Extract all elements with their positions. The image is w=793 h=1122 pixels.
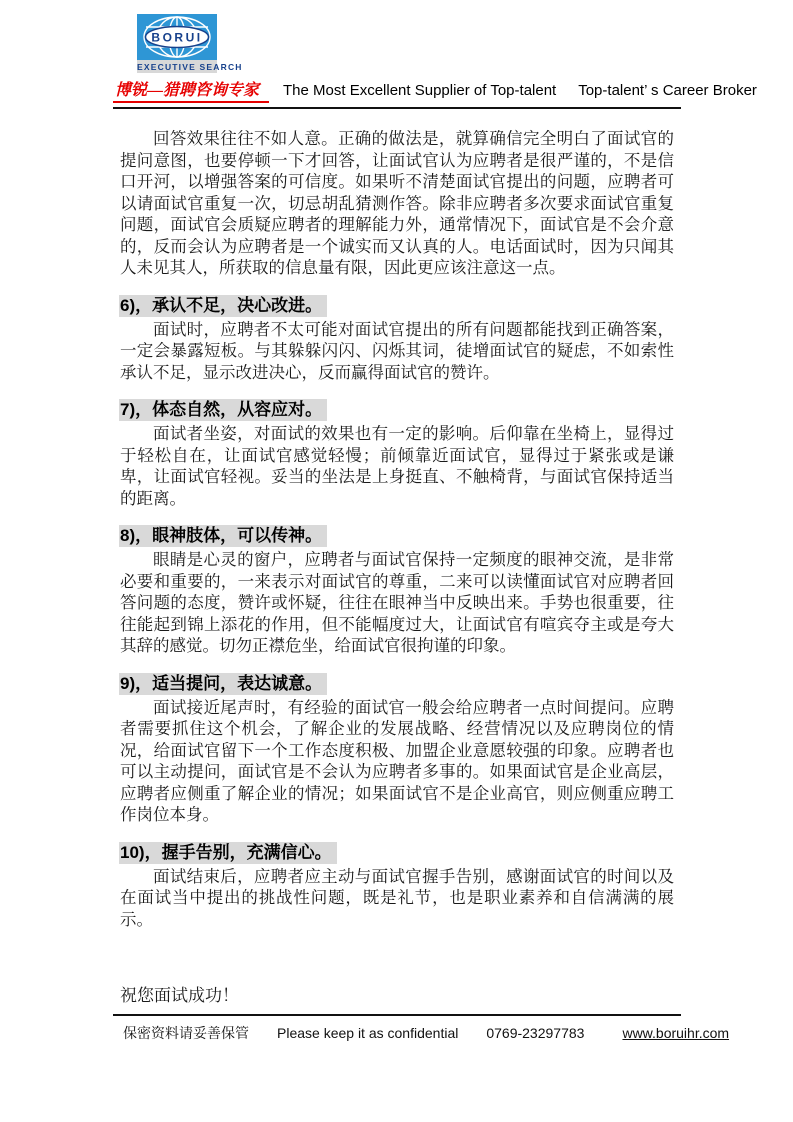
page-header: BORUI EXECUTIVE SEARCH 博锐—猎聘咨询专家 The Mos… xyxy=(113,0,681,109)
section-6: 6)，承认不足，决心改进。 面试时，应聘者不太可能对面试官提出的所有问题都能找到… xyxy=(120,295,674,384)
section-8-heading: 8)，眼神肢体，可以传神。 xyxy=(119,525,327,547)
page-footer: 保密资料请妥善保管 Please keep it as confidential… xyxy=(113,1014,681,1043)
footer-confidential-cn: 保密资料请妥善保管 xyxy=(123,1023,249,1043)
section-9: 9)，适当提问，表达诚意。 面试接近尾声时，有经验的面试官一般会给应聘者一点时间… xyxy=(120,673,674,826)
section-6-body: 面试时，应聘者不太可能对面试官提出的所有问题都能找到正确答案，一定会暴露短板。与… xyxy=(120,319,674,384)
logo-wordmark: BORUI xyxy=(151,31,202,45)
tagline-english-2: Top-talent’ s Career Broker xyxy=(578,82,757,99)
section-7-body: 面试者坐姿，对面试的效果也有一定的影响。后仰靠在坐椅上，显得过于轻松自在，让面试… xyxy=(120,423,674,509)
section-8-body: 眼睛是心灵的窗户，应聘者与面试官保持一定频度的眼神交流，是非常必要和重要的，一来… xyxy=(120,549,674,657)
header-tagline: 博锐—猎聘咨询专家 The Most Excellent Supplier of… xyxy=(113,77,681,103)
section-7: 7)，体态自然，从容应对。 面试者坐姿，对面试的效果也有一定的影响。后仰靠在坐椅… xyxy=(120,399,674,509)
footer-website-link[interactable]: www.boruihr.com xyxy=(622,1025,729,1041)
tagline-english-1: The Most Excellent Supplier of Top-talen… xyxy=(283,82,556,99)
tagline-chinese: 博锐—猎聘咨询专家 xyxy=(113,77,269,103)
footer-confidential-en: Please keep it as confidential xyxy=(277,1025,458,1041)
section-10-heading: 10)，握手告别，充满信心。 xyxy=(119,842,337,864)
logo-subtitle: EXECUTIVE SEARCH xyxy=(137,60,217,73)
footer-phone: 0769-23297783 xyxy=(486,1025,584,1041)
document-body: 回答效果往往不如人意。正确的做法是，就算确信完全明白了面试官的提问意图，也要停顿… xyxy=(113,128,681,1006)
page-content: BORUI EXECUTIVE SEARCH 博锐—猎聘咨询专家 The Mos… xyxy=(113,0,681,1006)
section-10-body: 面试结束后，应聘者应主动与面试官握手告别，感谢面试官的时间以及在面试当中提出的挑… xyxy=(120,866,674,931)
section-9-heading: 9)，适当提问，表达诚意。 xyxy=(119,673,327,695)
borui-logo: BORUI EXECUTIVE SEARCH xyxy=(137,14,217,73)
section-9-body: 面试接近尾声时，有经验的面试官一般会给应聘者一点时间提问。应聘者需要抓住这个机会… xyxy=(120,697,674,826)
section-10: 10)，握手告别，充满信心。 面试结束后，应聘者应主动与面试官握手告别，感谢面试… xyxy=(120,842,674,931)
section-6-heading: 6)，承认不足，决心改进。 xyxy=(119,295,327,317)
footer-row: 保密资料请妥善保管 Please keep it as confidential… xyxy=(113,1023,681,1043)
section-8: 8)，眼神肢体，可以传神。 眼睛是心灵的窗户，应聘者与面试官保持一定频度的眼神交… xyxy=(120,525,674,657)
section-7-heading: 7)，体态自然，从容应对。 xyxy=(119,399,327,421)
globe-icon: BORUI xyxy=(137,14,217,60)
intro-paragraph: 回答效果往往不如人意。正确的做法是，就算确信完全明白了面试官的提问意图，也要停顿… xyxy=(120,128,674,279)
closing-wish: 祝您面试成功！ xyxy=(120,981,674,1006)
